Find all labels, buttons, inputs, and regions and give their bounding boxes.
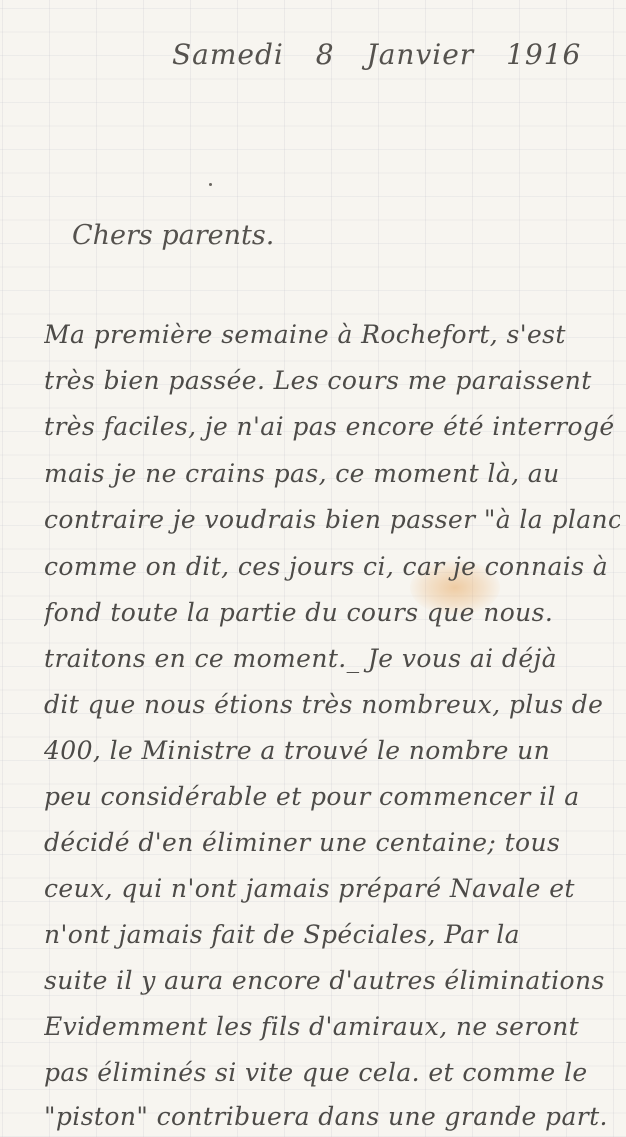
salutation: Chers parents. xyxy=(72,220,274,251)
ink-dot xyxy=(209,183,212,186)
body-line: suite il y aura encore d'autres éliminat… xyxy=(44,966,620,995)
letter-date: Samedi 8 Janvier 1916 xyxy=(172,38,603,71)
body-line: n'ont jamais fait de Spéciales, Par la xyxy=(44,920,620,949)
letter-page: Samedi 8 Janvier 1916 Chers parents. Ma … xyxy=(0,0,626,1137)
body-line: contraire je voudrais bien passer "à la … xyxy=(44,505,620,534)
date-year: 1916 xyxy=(506,38,581,71)
body-line: 400, le Ministre a trouvé le nombre un xyxy=(44,736,620,765)
body-line: mais je ne crains pas, ce moment là, au xyxy=(44,459,620,488)
body-line: très bien passée. Les cours me paraissen… xyxy=(44,366,620,395)
body-line: très faciles, je n'ai pas encore été int… xyxy=(44,412,620,441)
body-line: comme on dit, ces jours ci, car je conna… xyxy=(44,552,620,581)
date-weekday: Samedi xyxy=(172,38,284,71)
date-day: 8 xyxy=(316,38,335,71)
body-line: Ma première semaine à Rochefort, s'est xyxy=(44,320,620,349)
body-line: peu considérable et pour commencer il a xyxy=(44,782,620,811)
date-month: Janvier xyxy=(367,38,475,71)
body-line: dit que nous étions très nombreux, plus … xyxy=(44,690,620,719)
body-line: pas éliminés si vite que cela. et comme … xyxy=(44,1058,620,1087)
body-line: ceux, qui n'ont jamais préparé Navale et xyxy=(44,874,620,903)
body-line: fond toute la partie du cours que nous. xyxy=(44,598,620,627)
body-line: "piston" contribuera dans une grande par… xyxy=(44,1102,620,1131)
body-line: décidé d'en éliminer une centaine; tous xyxy=(44,828,620,857)
body-line: Evidemment les fils d'amiraux, ne seront xyxy=(44,1012,620,1041)
body-line: traitons en ce moment._ Je vous ai déjà xyxy=(44,644,620,673)
